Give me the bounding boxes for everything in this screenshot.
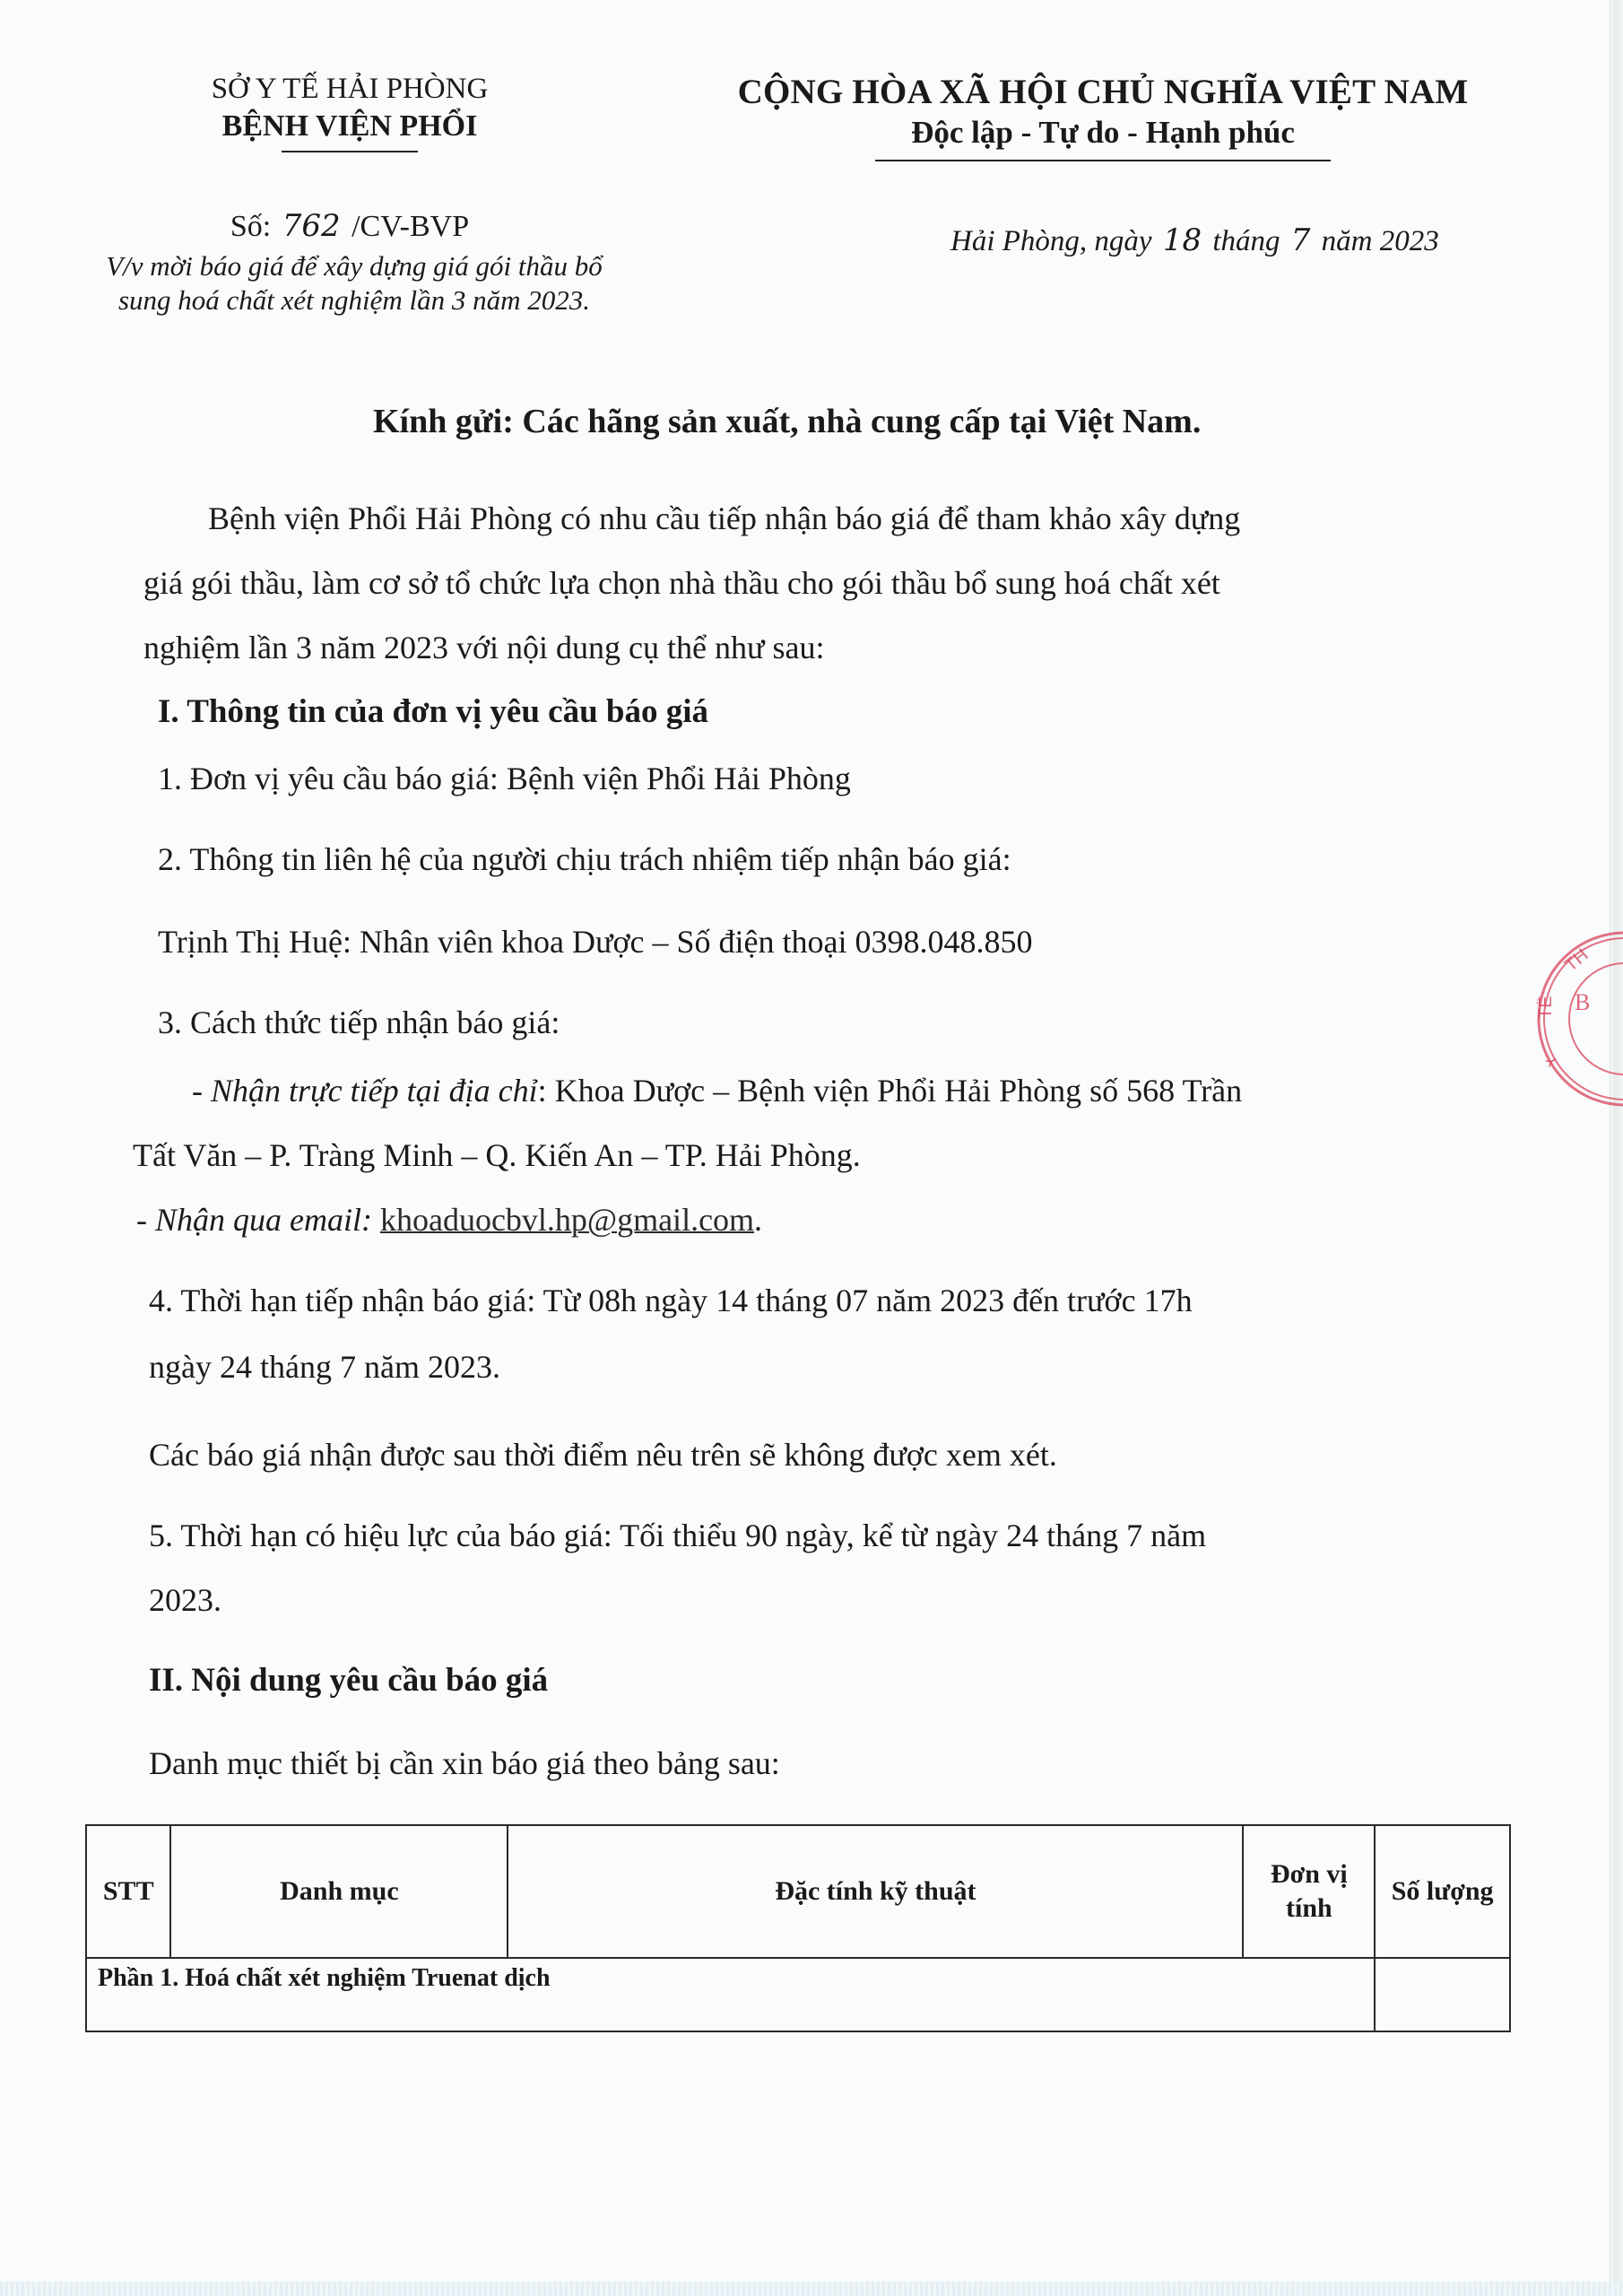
col-header-unit: Đơn vị tính [1243,1825,1375,1958]
section-1-item-5-line-1: 5. Thời hạn có hiệu lực của báo giá: Tối… [149,1516,1206,1555]
subject-line-1: V/v mời báo giá để xây dựng giá gói thầu… [49,249,659,283]
col-header-stt: STT [86,1825,170,1958]
date-day-handwritten: 18 [1163,222,1202,258]
doc-number-prefix: Số: [230,210,271,243]
quote-request-table: STT Danh mục Đặc tính kỹ thuật Đơn vị tí… [85,1824,1511,2032]
section-1-item-2: 2. Thông tin liên hệ của người chịu trác… [158,839,1011,879]
direct-delivery-line: - Nhận trực tiếp tại địa chỉ: Khoa Dược … [192,1071,1242,1110]
svg-text:Y: Y [1541,1053,1561,1071]
issue-date: Hải Phòng, ngày 18 tháng 7 năm 2023 [950,222,1439,258]
col-header-quantity: Số lượng [1375,1825,1510,1958]
section-1-item-5-line-2: 2023. [149,1580,221,1620]
email-label: - Nhận qua email: [136,1202,372,1238]
direct-delivery-label: - Nhận trực tiếp tại địa chỉ [192,1073,538,1109]
section-1-item-3: 3. Cách thức tiếp nhận báo giá: [158,1003,560,1042]
section-2-title: II. Nội dung yêu cầu báo giá [149,1661,548,1700]
scan-bottom-edge [0,2282,1623,2296]
hospital-name: BỆNH VIỆN PHỔI [170,108,529,145]
table-intro: Danh mục thiết bị cần xin báo giá theo b… [149,1744,780,1783]
intro-line-1: Bệnh viện Phổi Hải Phòng có nhu cầu tiếp… [208,499,1240,538]
date-year: năm 2023 [1322,225,1439,257]
recipient-line: Kính gửi: Các hãng sản xuất, nhà cung cấ… [373,402,1201,441]
doc-number-handwritten: 762 [282,208,341,244]
intro-line-2: giá gói thầu, làm cơ sở tổ chức lựa chọn… [143,563,1220,603]
direct-delivery-address-cont: Tất Văn – P. Tràng Minh – Q. Kiến An – T… [133,1135,861,1175]
date-place: Hải Phòng, ngày [950,225,1152,257]
page-edge [1610,0,1623,2296]
email-trailing: . [754,1202,762,1238]
svg-text:B: B [1575,989,1590,1015]
section-1-title: I. Thông tin của đơn vị yêu cầu báo giá [158,692,708,731]
document-subject: V/v mời báo giá để xây dựng giá gói thầu… [49,249,659,317]
national-motto: Độc lập - Tự do - Hạnh phúc [681,113,1524,152]
nation-title: CỘNG HÒA XÃ HỘI CHỦ NGHĨA VIỆT NAM [681,72,1524,113]
issuer-header: SỞ Y TẾ HẢI PHÒNG BỆNH VIỆN PHỔI [170,70,529,152]
document-number: Số: 762 /CV-BVP [170,208,529,244]
section-1-item-4-line-2: ngày 24 tháng 7 năm 2023. [149,1347,500,1387]
email-link[interactable]: khoaduocbvl.hp@gmail.com [380,1202,754,1238]
subject-line-2: sung hoá chất xét nghiệm lần 3 năm 2023. [49,283,659,317]
col-header-specs: Đặc tính kỹ thuật [508,1825,1243,1958]
table-section-row: Phần 1. Hoá chất xét nghiệm Truenat dịch [86,1958,1510,2031]
direct-delivery-address: : Khoa Dược – Bệnh viện Phổi Hải Phòng s… [538,1073,1243,1109]
table-header-row: STT Danh mục Đặc tính kỹ thuật Đơn vị tí… [86,1825,1510,1958]
section-1-item-4-line-1: 4. Thời hạn tiếp nhận báo giá: Từ 08h ng… [149,1281,1193,1320]
email-delivery-line: - Nhận qua email: khoaduocbvl.hp@gmail.c… [136,1200,762,1239]
svg-text:TH: TH [1561,945,1593,976]
intro-line-3: nghiệm lần 3 năm 2023 với nội dung cụ th… [143,628,824,667]
official-stamp: TH TẾ Y B [1535,929,1623,1109]
section-title-cell: Phần 1. Hoá chất xét nghiệm Truenat dịch [86,1958,1375,2031]
svg-text:TẾ: TẾ [1535,996,1556,1019]
contact-person: Trịnh Thị Huệ: Nhân viên khoa Dược – Số … [158,922,1032,961]
date-month-handwritten: 7 [1291,222,1311,258]
date-month-label: tháng [1212,225,1280,257]
motto-underline [875,160,1331,161]
agency-name: SỞ Y TẾ HẢI PHÒNG [170,70,529,108]
hospital-underline [282,151,418,152]
national-header: CỘNG HÒA XÃ HỘI CHỦ NGHĨA VIỆT NAM Độc l… [681,72,1524,161]
doc-number-suffix: /CV-BVP [352,210,469,243]
section-1-item-1: 1. Đơn vị yêu cầu báo giá: Bệnh viện Phổ… [158,759,851,798]
section-quantity-cell [1375,1958,1510,2031]
col-header-item: Danh mục [170,1825,508,1958]
late-quote-note: Các báo giá nhận được sau thời điểm nêu … [149,1435,1057,1474]
